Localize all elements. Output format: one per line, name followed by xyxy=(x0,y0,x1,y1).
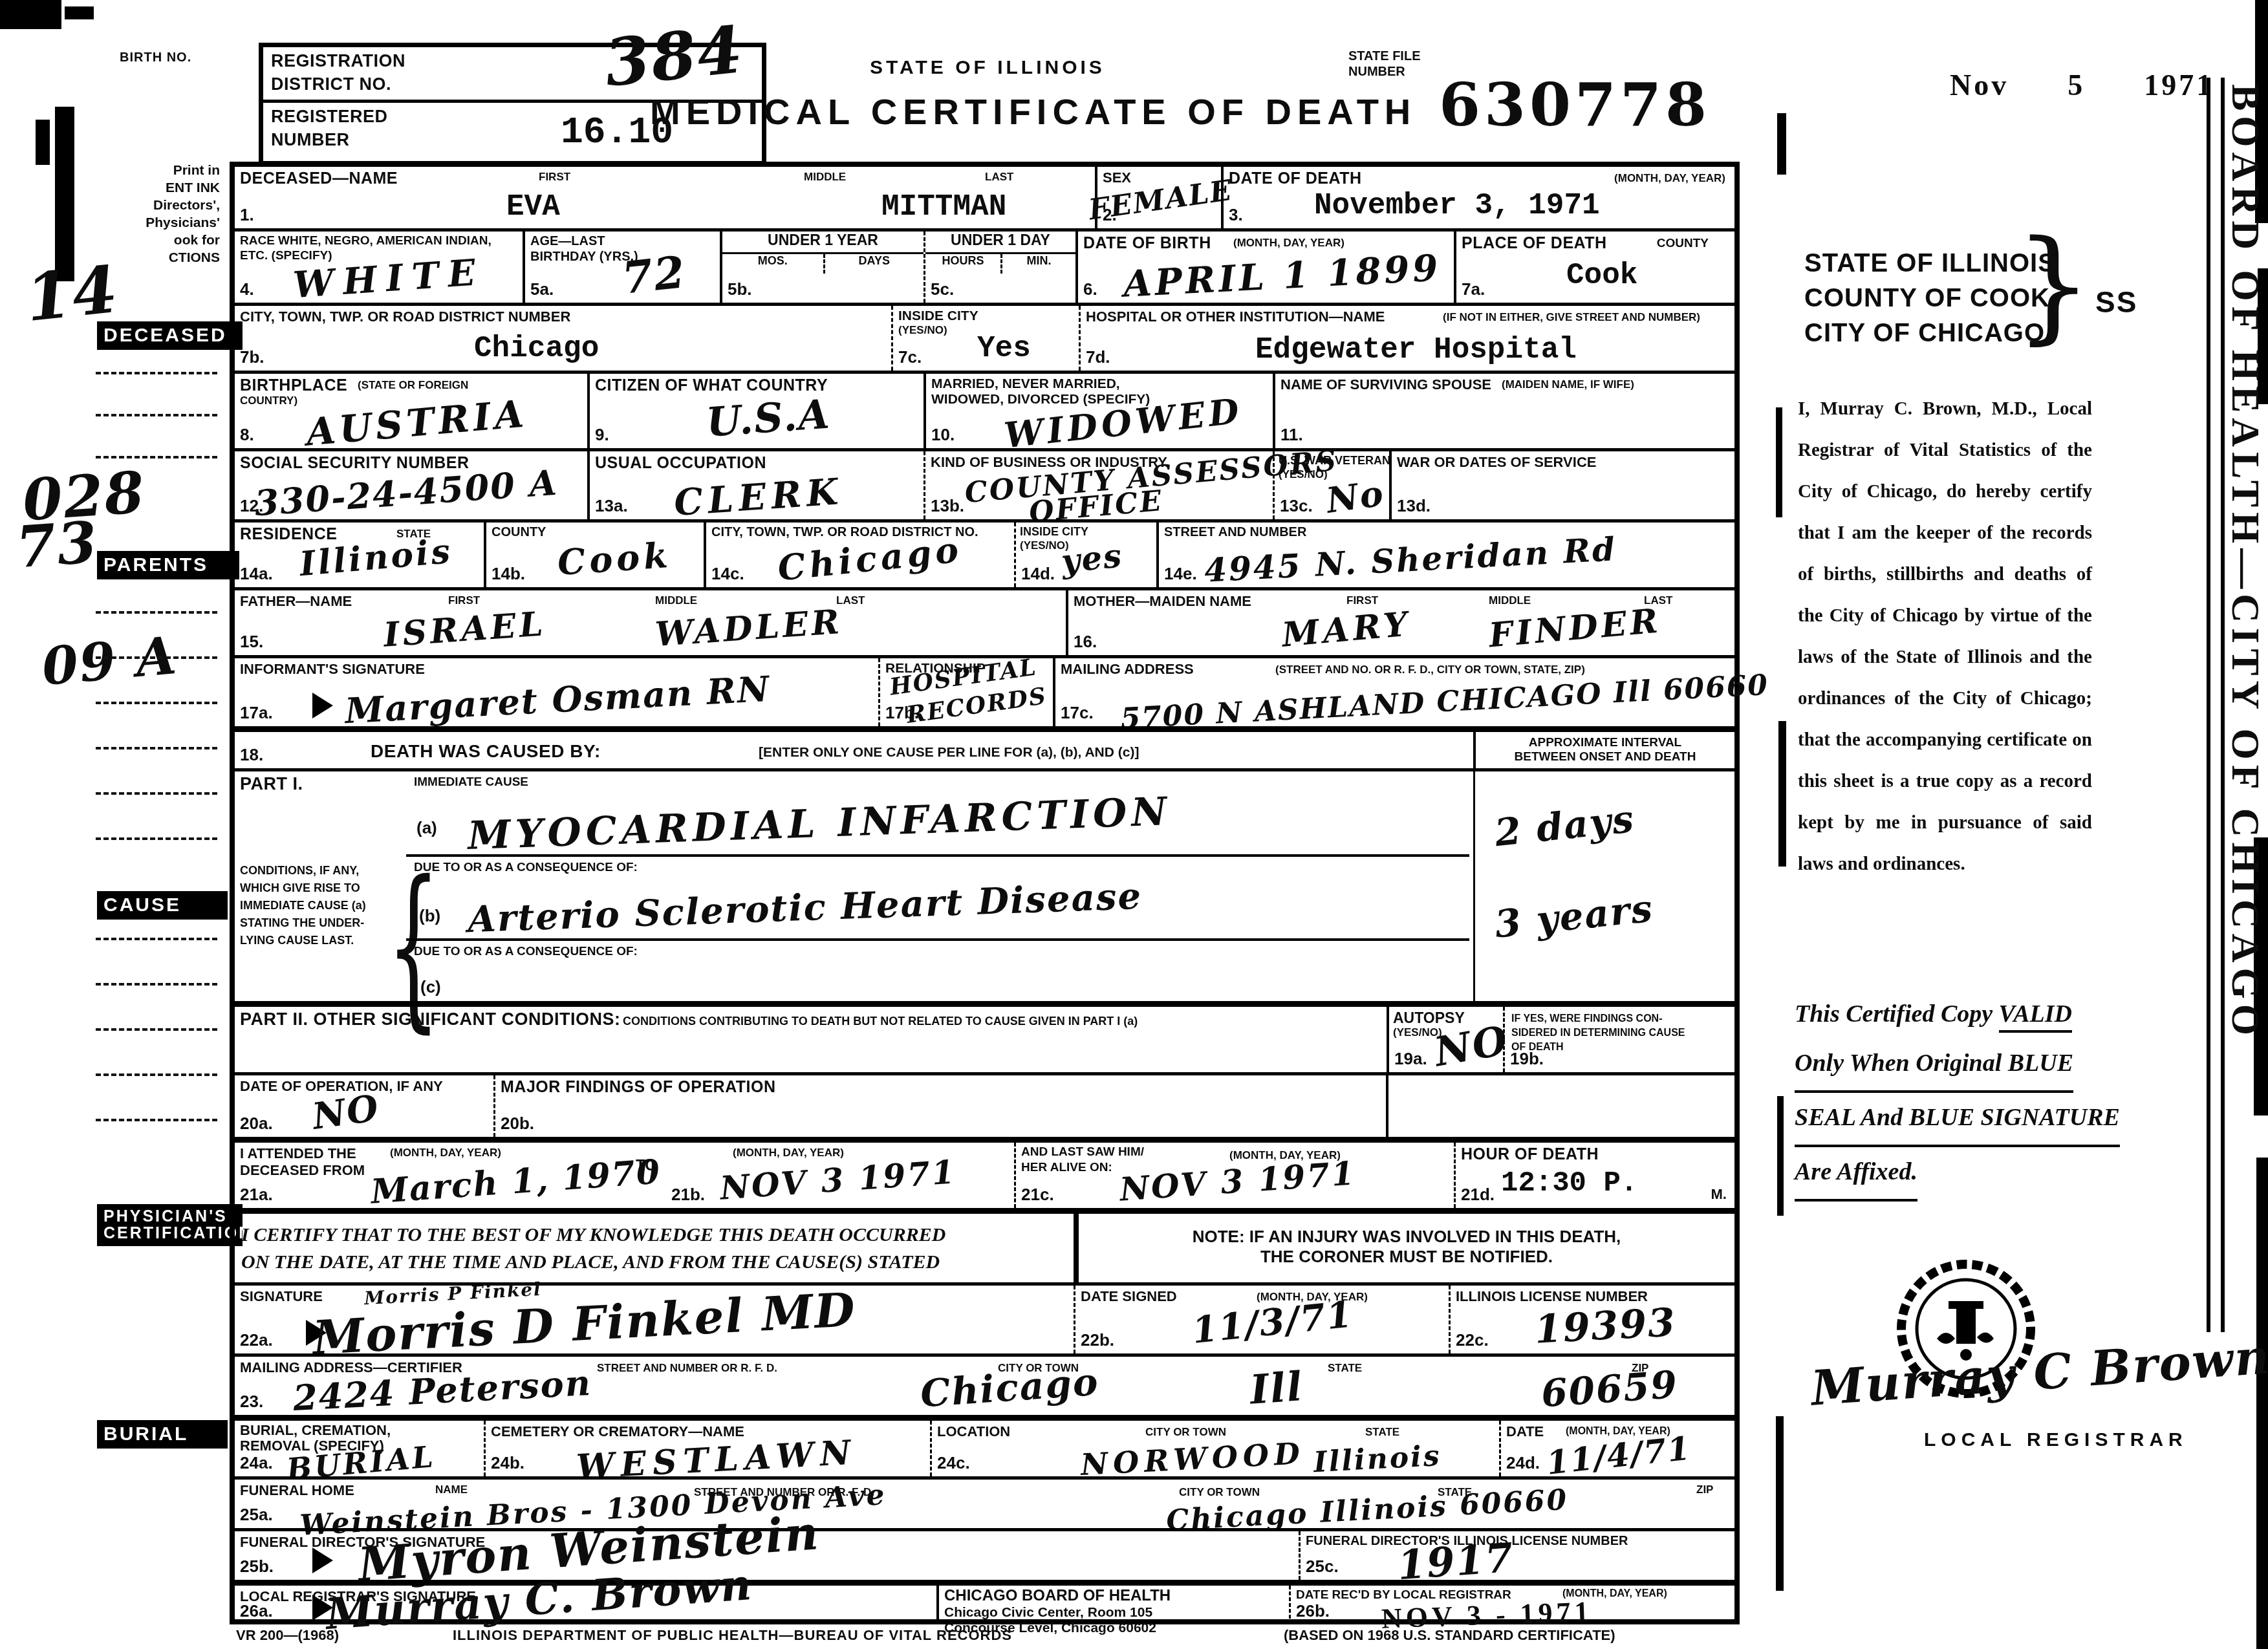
row-funeral-director: FUNERAL DIRECTOR'S SIGNATURE 25b. Myron … xyxy=(235,1528,1734,1580)
item-number: 6. xyxy=(1083,279,1097,299)
attended-label: DECEASED FROM xyxy=(240,1162,365,1179)
hour-of-death-cell: HOUR OF DEATH 21d. 12:30 P. M. xyxy=(1454,1143,1734,1208)
citizen-value: U.S.A xyxy=(705,390,832,446)
birthplace-hint: COUNTRY) xyxy=(240,394,297,407)
under-one-day-label: UNDER 1 DAY xyxy=(925,232,1075,254)
burial-date-cell: DATE (MONTH, DAY, YEAR) 24d. 11/4/71 xyxy=(1499,1421,1734,1476)
item-number: 14c. xyxy=(711,564,744,584)
scan-artifact xyxy=(1778,721,1786,867)
date-format-hint: (MONTH, DAY, YEAR) xyxy=(733,1147,844,1159)
registration-district-label: DISTRICT NO. xyxy=(271,74,391,94)
margin-note-line: Print in xyxy=(97,162,220,179)
certify-statement-cell: I CERTIFY THAT TO THE BEST OF MY KNOWLED… xyxy=(235,1214,1074,1282)
hour-of-death-label: HOUR OF DEATH xyxy=(1461,1145,1599,1164)
coroner-note-line: NOTE: IF AN INJURY WAS INVOLVED IN THIS … xyxy=(1079,1227,1734,1247)
margin-block-line: PHYSICIAN'S xyxy=(103,1208,236,1225)
citizen-cell: CITIZEN OF WHAT COUNTRY 9. U.S.A xyxy=(587,374,923,448)
birth-no-label: BIRTH NO. xyxy=(120,50,191,65)
row-deceased-name: DECEASED—NAME FIRST EVA MIDDLE LAST MITT… xyxy=(235,167,1734,228)
father-label: FATHER—NAME xyxy=(240,593,352,610)
physician-signature-cell: SIGNATURE 22a. Morris P Finkel Morris D … xyxy=(235,1286,1074,1353)
informant-signature-cell: INFORMANT'S SIGNATURE 17a. Margaret Osma… xyxy=(235,658,878,726)
meridiem-label: M. xyxy=(1711,1186,1727,1203)
row-certifier-address: MAILING ADDRESS—CERTIFIER STREET AND NUM… xyxy=(235,1353,1734,1415)
scan-artifact xyxy=(1776,1416,1784,1591)
item-number: 5a. xyxy=(530,279,554,299)
minutes-label: MIN. xyxy=(1000,254,1075,274)
funeral-home-cell: FUNERAL HOME NAME STREET AND NUMBER OR R… xyxy=(235,1480,1734,1528)
immediate-cause-label: IMMEDIATE CAUSE xyxy=(414,775,528,790)
findings-cell: IF YES, WERE FINDINGS CON- SIDERED IN DE… xyxy=(1503,1007,1734,1072)
item-number: 22a. xyxy=(240,1330,273,1350)
margin-note-line: Directors', xyxy=(97,197,220,214)
inside-city-label: INSIDE CITY xyxy=(1020,525,1088,539)
margin-guide-line xyxy=(96,656,217,659)
margin-guide-line xyxy=(96,837,217,840)
certifier-state-value: Ill xyxy=(1249,1363,1305,1414)
part-two-cell: PART II. OTHER SIGNIFICANT CONDITIONS: C… xyxy=(235,1007,1387,1072)
sex-cell: SEX 2. FEMALE xyxy=(1095,167,1221,228)
date-signed-value: 11/3/71 xyxy=(1190,1293,1355,1352)
last-saw-label: HER ALIVE ON: xyxy=(1021,1161,1112,1175)
cause-b-tag: (b) xyxy=(419,906,440,926)
item-number: 24d. xyxy=(1506,1453,1540,1473)
residence-street-cell: STREET AND NUMBER 14e. 4945 N. Sheridan … xyxy=(1156,523,1734,587)
under-one-year-cell: UNDER 1 YEAR MOS. DAYS 5b. xyxy=(720,232,923,303)
attended-from-value: March 1, 1970 xyxy=(369,1152,662,1211)
last-saw-label: AND LAST SAW HIM/ xyxy=(1021,1145,1144,1159)
margin-block-physician: PHYSICIAN'S CERTIFICATION xyxy=(97,1204,243,1246)
item-number: 14a. xyxy=(240,564,273,584)
location-city-value: NORWOOD xyxy=(1080,1436,1306,1482)
spouse-cell: NAME OF SURVIVING SPOUSE (MAIDEN NAME, I… xyxy=(1273,374,1734,448)
standard-certificate-note: (BASED ON 1968 U.S. STANDARD CERTIFICATE… xyxy=(1284,1627,1615,1644)
interval-values-cell: 2 days 3 years xyxy=(1473,771,1734,1001)
registrar-certification-paragraph: I, Murray C. Brown, M.D., Local Registra… xyxy=(1798,388,2092,885)
occupation-value: CLERK xyxy=(673,470,845,524)
item-number: 4. xyxy=(240,279,254,299)
county-col-label: COUNTY xyxy=(1657,237,1709,251)
date-of-birth-value: APRIL 1 1899 xyxy=(1123,246,1442,306)
date-format-hint: (MONTH, DAY, YEAR) xyxy=(390,1147,501,1159)
location-label: LOCATION xyxy=(937,1423,1010,1440)
item-number: 25c. xyxy=(1306,1557,1339,1577)
certify-line: I CERTIFY THAT TO THE BEST OF MY KNOWLED… xyxy=(241,1222,945,1249)
item-number: 5c. xyxy=(931,279,954,299)
yes-no-hint: (YES/NO) xyxy=(898,324,947,337)
row-funeral-home: FUNERAL HOME NAME STREET AND NUMBER OR R… xyxy=(235,1476,1734,1528)
spouse-hint: (MAIDEN NAME, IF WIFE) xyxy=(1502,378,1634,391)
findings-label-line: SIDERED IN DETERMINING CAUSE xyxy=(1511,1026,1685,1040)
validity-text-underlined: VALID xyxy=(1999,1000,2072,1033)
row-informant: INFORMANT'S SIGNATURE 17a. Margaret Osma… xyxy=(235,655,1734,726)
item-number: 17c. xyxy=(1061,703,1094,723)
race-label: RACE WHITE, NEGRO, AMERICAN INDIAN, xyxy=(240,234,491,248)
item-number: 7c. xyxy=(898,347,922,367)
item-number: 19a. xyxy=(1394,1049,1427,1069)
ss-abbreviation: SS xyxy=(2095,285,2137,319)
item-number: 18. xyxy=(240,745,263,765)
item-number: 25a. xyxy=(240,1505,273,1525)
date-signed-label: DATE SIGNED xyxy=(1081,1288,1177,1305)
item-number: 26b. xyxy=(1296,1601,1330,1621)
sex-label: SEX xyxy=(1103,169,1131,186)
row-physician-signature: SIGNATURE 22a. Morris P Finkel Morris D … xyxy=(235,1282,1734,1353)
deceased-last-name: MITTMAN xyxy=(881,190,1006,224)
spouse-label: NAME OF SURVIVING SPOUSE xyxy=(1280,376,1491,393)
board-of-health-vertical-title: BOARD OF HEALTH—CITY OF CHICAGO xyxy=(2222,84,2268,1636)
place-of-death-label: PLACE OF DEATH xyxy=(1462,234,1607,253)
name-col-label: NAME xyxy=(435,1483,468,1496)
burial-type-cell: BURIAL, CREMATION, REMOVAL (SPECIFY) 24a… xyxy=(235,1421,484,1476)
last-col-label: LAST xyxy=(985,171,1013,184)
row-residence: RESIDENCE STATE 14a. Illinois COUNTY 14b… xyxy=(235,519,1734,587)
certifier-zip-value: 60659 xyxy=(1540,1363,1679,1416)
jurisdiction-brace: } xyxy=(2014,213,2093,356)
father-cell: FATHER—NAME FIRST MIDDLE LAST 15. ISRAEL… xyxy=(235,590,1066,655)
item-number: 19b. xyxy=(1510,1049,1544,1069)
item-number: 24a. xyxy=(240,1453,273,1473)
street-label: STREET AND NUMBER xyxy=(1164,525,1306,540)
father-first-value: ISRAEL xyxy=(382,604,547,654)
item-number: 20a. xyxy=(240,1114,273,1134)
conditions-note-line: CONDITIONS, IF ANY, xyxy=(240,862,366,879)
state-col-label: STATE xyxy=(1328,1362,1362,1375)
cause-a-underline xyxy=(406,854,1469,857)
cemetery-label: CEMETERY OR CREMATORY—NAME xyxy=(491,1423,744,1440)
birthplace-hint: (STATE OR FOREIGN xyxy=(358,379,468,392)
interval-label: BETWEEN ONSET AND DEATH xyxy=(1476,750,1734,764)
burial-date-label: DATE xyxy=(1506,1423,1544,1440)
margin-note-line: ook for xyxy=(97,232,220,249)
row-city-hospital: CITY, TOWN, TWP. OR ROAD DISTRICT NUMBER… xyxy=(235,303,1734,371)
registration-district-label: REGISTRATION xyxy=(271,51,405,71)
item-number: 13d. xyxy=(1397,496,1431,516)
street-col-label: STREET AND NUMBER OR R. F. D. xyxy=(597,1362,777,1375)
item-number: 25b. xyxy=(240,1557,274,1577)
age-cell: AGE—LAST BIRTHDAY (YRS.) 5a. 72 xyxy=(523,232,720,303)
inside-city-label: INSIDE CITY xyxy=(898,308,978,324)
informant-label: INFORMANT'S SIGNATURE xyxy=(240,661,425,678)
item-number: 10. xyxy=(931,425,955,445)
margin-guide-line xyxy=(96,792,217,795)
margin-note-line: ENT INK xyxy=(97,179,220,197)
row-birthplace-citizen: BIRTHPLACE (STATE OR FOREIGN COUNTRY) 8.… xyxy=(235,371,1734,448)
item-number: 22b. xyxy=(1081,1330,1114,1350)
row-local-registrar: LOCAL REGISTRAR'S SIGNATURE 26a. Murray … xyxy=(235,1580,1734,1624)
informant-mailing-cell: MAILING ADDRESS (STREET AND NO. OR R. F.… xyxy=(1053,658,1734,726)
item-number: 14b. xyxy=(491,564,525,584)
mailing-address-value: 5700 N ASHLAND CHICAGO Ill 60660 xyxy=(1119,669,1769,735)
middle-col-label: MIDDLE xyxy=(1489,594,1531,607)
certificate-form: DECEASED—NAME FIRST EVA MIDDLE LAST MITT… xyxy=(230,162,1740,1624)
marital-status-cell: MARRIED, NEVER MARRIED, WIDOWED, DIVORCE… xyxy=(923,374,1273,448)
item-number: 7b. xyxy=(240,347,265,367)
cause-lines-cell: IMMEDIATE CAUSE { (a) MYOCARDIAL INFARCT… xyxy=(406,771,1473,1001)
board-line: Chicago Civic Center, Room 105 xyxy=(939,1605,1289,1621)
birthplace-label: BIRTHPLACE xyxy=(240,376,347,395)
date-received-cell: DATE REC'D BY LOCAL REGISTRAR (MONTH, DA… xyxy=(1289,1586,1734,1624)
months-label: MOS. xyxy=(722,254,823,274)
interval-a-value: 2 days xyxy=(1493,797,1637,855)
county-label: COUNTY xyxy=(491,525,546,540)
certifier-city-value: Chicago xyxy=(919,1359,1101,1416)
item-number: 9. xyxy=(595,425,609,445)
margin-block-line: CERTIFICATION xyxy=(103,1225,236,1242)
residence-county-cell: COUNTY 14b. Cook xyxy=(484,523,704,587)
cause-hint: [ENTER ONLY ONE CAUSE PER LINE FOR (a), … xyxy=(759,745,1139,760)
row-certify: I CERTIFY THAT TO THE BEST OF MY KNOWLED… xyxy=(235,1208,1734,1282)
margin-note-line: Physicians' xyxy=(97,214,220,232)
last-saw-cell: AND LAST SAW HIM/ HER ALIVE ON: (MONTH, … xyxy=(1014,1143,1454,1208)
funeral-director-license-cell: FUNERAL DIRECTOR'S ILLINOIS LICENSE NUMB… xyxy=(1299,1531,1734,1580)
margin-block-cause: CAUSE xyxy=(97,891,228,920)
race-label: ETC. (SPECIFY) xyxy=(240,249,332,263)
signature-label: SIGNATURE xyxy=(240,1288,323,1305)
age-label: AGE—LAST xyxy=(530,234,605,249)
mother-cell: MOTHER—MAIDEN NAME FIRST MIDDLE LAST 16.… xyxy=(1066,590,1734,655)
mailing-address-label: MAILING ADDRESS xyxy=(1061,661,1194,678)
row-attended: I ATTENDED THE DECEASED FROM (MONTH, DAY… xyxy=(235,1137,1734,1208)
date-format-hint: (MONTH, DAY, YEAR) xyxy=(1233,237,1345,250)
father-last-value: WADLER xyxy=(654,602,843,654)
item-number: 24c. xyxy=(937,1453,970,1473)
item-number: 8. xyxy=(240,425,254,445)
business-cell: KIND OF BUSINESS OR INDUSTRY 13b. COUNTY… xyxy=(923,451,1273,519)
validity-line-underlined: SEAL And BLUE SIGNATURE xyxy=(1795,1093,2120,1147)
board-line: CHICAGO BOARD OF HEALTH xyxy=(939,1586,1289,1605)
cause-b-value: Arterio Sclerotic Heart Disease xyxy=(467,875,1143,941)
item-number: 13c. xyxy=(1280,496,1313,516)
operation-date-cell: DATE OF OPERATION, IF ANY 20a. NO xyxy=(235,1075,493,1137)
empty-continuation-cell xyxy=(1386,1075,1734,1137)
margin-handwritten-number: 09 A xyxy=(39,625,180,697)
item-number: 21a. xyxy=(240,1185,273,1205)
operation-findings-cell: MAJOR FINDINGS OF OPERATION 20b. xyxy=(493,1075,1386,1137)
margin-guide-line xyxy=(96,1119,217,1121)
margin-guide-line xyxy=(96,702,217,704)
part-one-sidebar: PART I. CONDITIONS, IF ANY, WHICH GIVE R… xyxy=(235,771,406,1001)
scan-artifact xyxy=(0,0,61,29)
residence-county-value: Cook xyxy=(556,534,673,583)
hospital-value: Edgewater Hospital xyxy=(1255,333,1577,367)
place-of-death-cell: PLACE OF DEATH COUNTY 7a. Cook xyxy=(1454,232,1734,303)
item-number: 23. xyxy=(240,1392,263,1412)
row-parents: FATHER—NAME FIRST MIDDLE LAST 15. ISRAEL… xyxy=(235,587,1734,655)
operation-date-value: NO xyxy=(310,1086,382,1138)
attended-label: I ATTENDED THE xyxy=(240,1145,356,1162)
margin-guide-line xyxy=(96,611,217,614)
zip-col-label: ZIP xyxy=(1696,1483,1713,1496)
license-value: 19393 xyxy=(1533,1300,1677,1352)
state-col-label: STATE xyxy=(1365,1426,1399,1439)
certificate-title: MEDICAL CERTIFICATE OF DEATH xyxy=(650,91,1416,133)
birthplace-value: AUSTRIA xyxy=(305,391,530,455)
first-col-label: FIRST xyxy=(448,594,480,607)
conditions-note: CONDITIONS, IF ANY, WHICH GIVE RISE TO I… xyxy=(240,862,366,949)
first-col-label: FIRST xyxy=(539,171,570,184)
autopsy-cell: AUTOPSY (YES/NO) 19a. NO xyxy=(1387,1007,1503,1072)
margin-guide-line xyxy=(96,747,217,749)
mother-last-value: FINDER xyxy=(1487,601,1663,655)
validity-text: This Certified Copy xyxy=(1795,1000,1999,1028)
license-number-cell: ILLINOIS LICENSE NUMBER 22c. 19393 xyxy=(1449,1286,1734,1353)
city-cell: CITY, TOWN, TWP. OR ROAD DISTRICT NUMBER… xyxy=(235,306,891,371)
coroner-note-line: THE CORONER MUST BE NOTIFIED. xyxy=(1079,1247,1734,1267)
city-value: Chicago xyxy=(474,332,599,365)
registered-number-label: NUMBER xyxy=(271,130,350,150)
ssn-cell: SOCIAL SECURITY NUMBER 12. 330-24-4500 A xyxy=(235,451,587,519)
department-footer: ILLINOIS DEPARTMENT OF PUBLIC HEALTH—BUR… xyxy=(453,1627,1012,1644)
item-number: 14e. xyxy=(1164,564,1197,584)
local-registrar-title: LOCAL REGISTRAR xyxy=(1924,1429,2188,1451)
item-number: 11. xyxy=(1280,425,1303,445)
cause-b-underline xyxy=(406,938,1469,941)
conditions-note-line: IMMEDIATE CAUSE (a) xyxy=(240,897,366,914)
received-date-stamp: Nov 5 1971 xyxy=(1950,68,2214,102)
findings-label-line: IF YES, WERE FINDINGS CON- xyxy=(1511,1012,1685,1026)
mother-label: MOTHER—MAIDEN NAME xyxy=(1074,593,1251,610)
item-number: 5b. xyxy=(728,279,752,299)
item-number: 16. xyxy=(1074,632,1097,652)
cause-header-cell: 18. DEATH WAS CAUSED BY: [ENTER ONLY ONE… xyxy=(235,732,1473,768)
item-number: 21d. xyxy=(1461,1185,1495,1205)
arrow-icon xyxy=(312,1547,333,1573)
due-to-label: DUE TO OR AS A CONSEQUENCE OF: xyxy=(414,861,638,875)
item-number: 14d. xyxy=(1021,564,1055,584)
row-ssn-occupation: SOCIAL SECURITY NUMBER 12. 330-24-4500 A… xyxy=(235,448,1734,519)
city-col-label: CITY OR TOWN xyxy=(1145,1426,1226,1439)
marital-label: MARRIED, NEVER MARRIED, xyxy=(931,376,1120,392)
item-number: 13b. xyxy=(931,496,964,516)
state-file-label: NUMBER xyxy=(1348,65,1405,80)
city-label: CITY, TOWN, TWP. OR ROAD DISTRICT NUMBER xyxy=(240,308,570,325)
validity-line-underlined: Only When Original BLUE xyxy=(1795,1039,2073,1093)
deceased-first-name: EVA xyxy=(506,190,560,224)
funeral-director-signature-cell: FUNERAL DIRECTOR'S SIGNATURE 25b. Myron … xyxy=(235,1531,1299,1580)
margin-guide-line xyxy=(96,456,217,458)
mailing-hint: (STREET AND NO. OR R. F. D., CITY OR TOW… xyxy=(1275,663,1585,676)
row-burial: BURIAL, CREMATION, REMOVAL (SPECIFY) 24a… xyxy=(235,1415,1734,1476)
date-of-death-value: November 3, 1971 xyxy=(1314,189,1600,222)
date-of-death-cell: DATE OF DEATH (MONTH, DAY, YEAR) 3. Nove… xyxy=(1221,167,1734,228)
margin-guide-line xyxy=(96,938,217,940)
interval-label: APPROXIMATE INTERVAL xyxy=(1476,736,1734,750)
hospital-label: HOSPITAL OR OTHER INSTITUTION—NAME xyxy=(1086,308,1385,325)
certify-line: ON THE DATE, AT THE TIME AND PLACE, AND … xyxy=(241,1249,945,1276)
under-one-day-cell: UNDER 1 DAY HOURS MIN. 5c. xyxy=(923,232,1075,303)
state-file-number: 630778 xyxy=(1439,70,1711,140)
occupation-label: USUAL OCCUPATION xyxy=(595,454,766,473)
under-one-year-label: UNDER 1 YEAR xyxy=(722,232,923,254)
cause-c-tag: (c) xyxy=(420,977,441,997)
registration-district-value: 384 xyxy=(601,11,747,102)
validity-line-underlined: Are Affixed. xyxy=(1795,1147,1917,1202)
interval-header-cell: APPROXIMATE INTERVAL BETWEEN ONSET AND D… xyxy=(1473,732,1734,768)
occupation-cell: USUAL OCCUPATION 13a. CLERK xyxy=(587,451,923,519)
cause-a-tag: (a) xyxy=(416,818,437,838)
row-operation: DATE OF OPERATION, IF ANY 20a. NO MAJOR … xyxy=(235,1072,1734,1137)
item-number: 26a. xyxy=(240,1601,273,1621)
funeral-home-label: FUNERAL HOME xyxy=(240,1482,354,1499)
margin-guide-line xyxy=(96,1028,217,1031)
item-number: 7a. xyxy=(1462,279,1485,299)
race-cell: RACE WHITE, NEGRO, AMERICAN INDIAN, ETC.… xyxy=(235,232,523,303)
margin-block-burial: BURIAL xyxy=(97,1420,228,1449)
margin-instruction-note: Print in ENT INK Directors', Physicians'… xyxy=(97,162,220,266)
last-saw-value: NOV 3 1971 xyxy=(1118,1154,1357,1208)
item-number: 21b. xyxy=(671,1185,705,1205)
coroner-note-box: NOTE: IF AN INJURY WAS INVOLVED IN THIS … xyxy=(1074,1214,1734,1282)
age-value: 72 xyxy=(620,246,688,305)
residence-inside-city-cell: INSIDE CITY (YES/NO) 14d. yes xyxy=(1014,523,1156,587)
state-file-label: STATE FILE xyxy=(1348,49,1420,64)
hours-label: HOURS xyxy=(925,254,1000,274)
cause-label: DEATH WAS CAUSED BY: xyxy=(371,741,601,762)
yes-no-hint: (YES/NO) xyxy=(1279,468,1328,481)
mother-first-value: MARY xyxy=(1280,604,1413,654)
veteran-value: No xyxy=(1324,472,1387,521)
relationship-cell: RELATIONSHIP 17b. HOSPITAL RECORDS xyxy=(878,658,1053,726)
residence-label: RESIDENCE xyxy=(240,525,337,544)
board-of-health-block: CHICAGO BOARD OF HEALTH Chicago Civic Ce… xyxy=(936,1586,1289,1624)
margin-guide-line xyxy=(96,372,217,374)
interval-b-value: 3 years xyxy=(1493,886,1656,946)
place-of-death-value: Cook xyxy=(1566,259,1637,292)
margin-guide-line xyxy=(96,983,217,986)
middle-col-label: MIDDLE xyxy=(655,594,697,607)
item-number: 24b. xyxy=(491,1453,524,1473)
burial-location-cell: LOCATION CITY OR TOWN STATE 24c. NORWOOD… xyxy=(930,1421,1499,1476)
certifier-address-cell: MAILING ADDRESS—CERTIFIER STREET AND NUM… xyxy=(235,1357,1734,1415)
scan-artifact xyxy=(1776,407,1782,517)
date-of-birth-label: DATE OF BIRTH xyxy=(1083,234,1211,253)
form-code: VR 200—(1968) xyxy=(236,1627,339,1644)
war-dates-cell: WAR OR DATES OF SERVICE 13d. xyxy=(1389,451,1734,519)
cause-a-value: MYOCARDIAL INFARCTION xyxy=(467,789,1172,859)
date-of-birth-cell: DATE OF BIRTH (MONTH, DAY, YEAR) 6. APRI… xyxy=(1075,232,1454,303)
operation-findings-label: MAJOR FINDINGS OF OPERATION xyxy=(501,1078,776,1097)
inside-city-cell: INSIDE CITY (YES/NO) 7c. Yes xyxy=(891,306,1079,371)
date-signed-cell: DATE SIGNED (MONTH, DAY, YEAR) 22b. 11/3… xyxy=(1074,1286,1449,1353)
item-number: 17a. xyxy=(240,703,273,723)
birthplace-cell: BIRTHPLACE (STATE OR FOREIGN COUNTRY) 8.… xyxy=(235,374,587,448)
war-dates-label: WAR OR DATES OF SERVICE xyxy=(1397,454,1596,471)
item-number: 1. xyxy=(240,205,254,225)
margin-guide-line xyxy=(96,1073,217,1076)
row-cause-header: 18. DEATH WAS CAUSED BY: [ENTER ONLY ONE… xyxy=(235,726,1734,768)
validity-line: This Certified Copy VALID xyxy=(1795,989,2120,1039)
part-two-hint: CONDITIONS CONTRIBUTING TO DEATH BUT NOT… xyxy=(623,1015,1138,1028)
scan-artifact xyxy=(1777,113,1786,175)
location-state-value: Illinois xyxy=(1313,1439,1442,1479)
arrow-icon xyxy=(312,693,333,718)
margin-guide-line xyxy=(96,414,217,416)
veteran-label: U.S. WAR VETERAN xyxy=(1279,454,1390,468)
section-part-one: PART I. CONDITIONS, IF ANY, WHICH GIVE R… xyxy=(235,768,1734,1001)
residence-state-cell: RESIDENCE STATE 14a. Illinois xyxy=(235,523,484,587)
row-race-age-birth: RACE WHITE, NEGRO, AMERICAN INDIAN, ETC.… xyxy=(235,228,1734,303)
veteran-cell: U.S. WAR VETERAN (YES/NO) 13c. No xyxy=(1273,451,1389,519)
hospital-cell: HOSPITAL OR OTHER INSTITUTION—NAME (IF N… xyxy=(1079,306,1734,371)
item-number: 15. xyxy=(240,632,263,652)
item-number: 22c. xyxy=(1456,1330,1489,1350)
margin-handwritten-number: 73 xyxy=(14,508,100,581)
inside-city-value: yes xyxy=(1059,536,1125,581)
registered-number-label: REGISTERED xyxy=(271,107,388,127)
residence-city-cell: CITY, TOWN, TWP. OR ROAD DISTRICT NO. 14… xyxy=(704,523,1014,587)
deceased-name-cell: DECEASED—NAME FIRST EVA MIDDLE LAST MITT… xyxy=(235,167,1095,228)
